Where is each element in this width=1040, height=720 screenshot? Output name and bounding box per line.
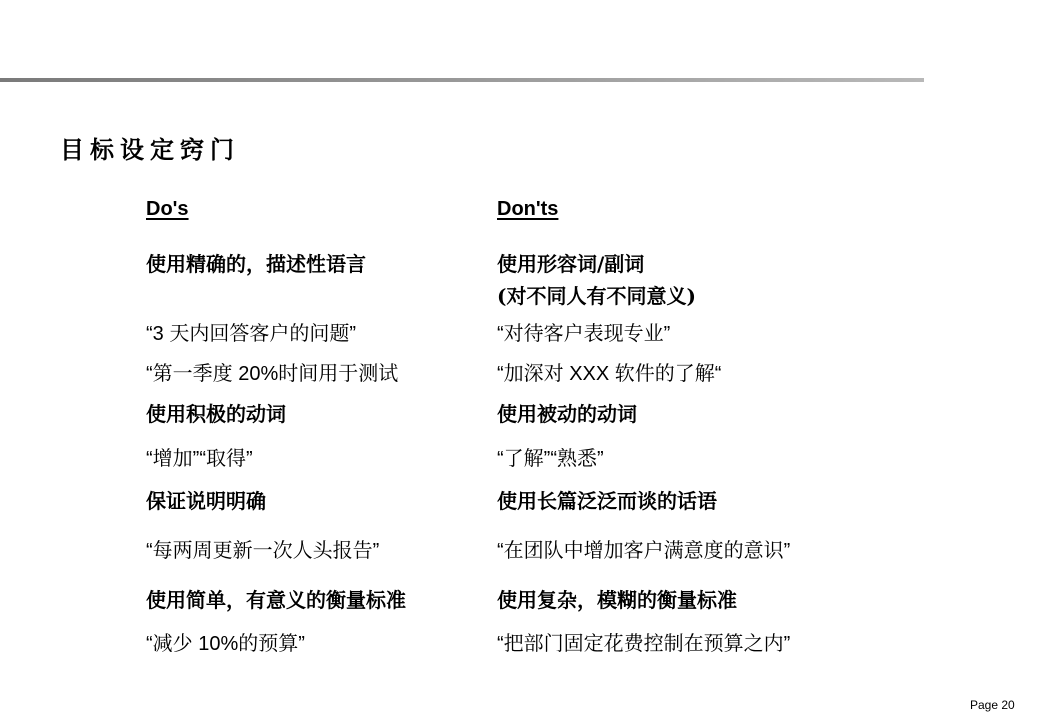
- donts-rule-1: 使用形容词/副词: [497, 248, 644, 280]
- donts-header: Don'ts: [497, 198, 558, 221]
- dos-rule-4: 使用简单，有意义的衡量标准: [146, 584, 406, 616]
- page-number: Page 20: [970, 698, 1015, 712]
- donts-example-4: “把部门固定花费控制在预算之内”: [497, 628, 790, 660]
- dos-rule-2: 使用积极的动词: [146, 398, 286, 430]
- donts-rule-2: 使用被动的动词: [497, 398, 637, 430]
- slide-title: 目标设定窍门: [60, 130, 240, 165]
- donts-rule-1-note: (对不同人有不同意义): [497, 280, 696, 312]
- donts-example-1a: “对待客户表现专业”: [497, 318, 670, 350]
- donts-example-1b: “加深对 XXX 软件的了解“: [497, 358, 721, 390]
- donts-rule-4: 使用复杂，模糊的衡量标准: [497, 584, 737, 616]
- dos-rule-1: 使用精确的，描述性语言: [146, 248, 366, 280]
- dos-example-1b: “第一季度 20%时间用于测试: [146, 358, 398, 390]
- dos-example-3: “每两周更新一次人头报告”: [146, 535, 379, 567]
- header-divider: [0, 78, 924, 82]
- dos-rule-3: 保证说明明确: [146, 485, 266, 517]
- dos-example-4: “减少 10%的预算”: [146, 628, 305, 660]
- dos-header: Do's: [146, 198, 189, 221]
- dos-example-2: “增加”“取得”: [146, 443, 253, 475]
- donts-rule-3: 使用长篇泛泛而谈的话语: [497, 485, 717, 517]
- donts-example-3: “在团队中增加客户满意度的意识”: [497, 535, 790, 567]
- dos-example-1a: “3 天内回答客户的问题”: [146, 318, 356, 350]
- donts-example-2: “了解”“熟悉”: [497, 443, 604, 475]
